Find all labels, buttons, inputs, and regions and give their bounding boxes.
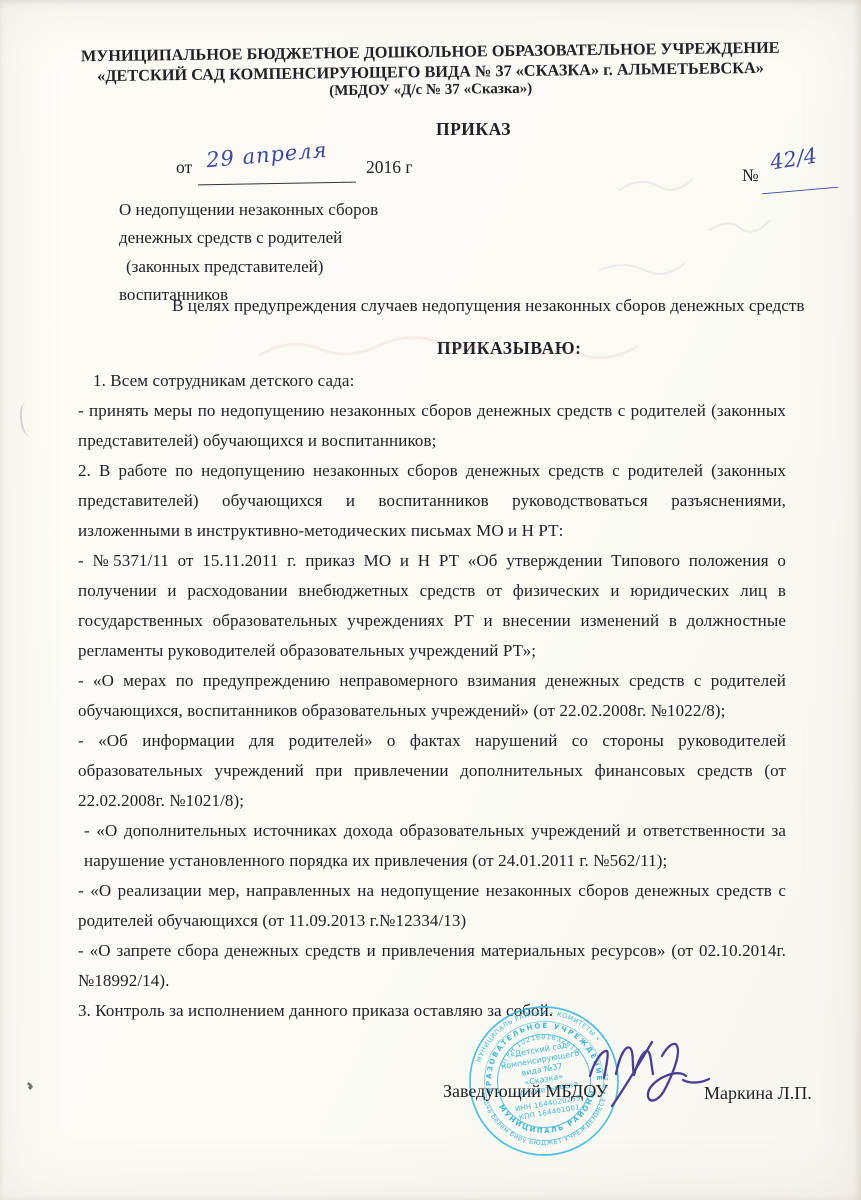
body-paragraph: 1. Всем сотрудникам детского сада:	[78, 366, 786, 396]
scan-smudge-left-margin	[18, 401, 37, 436]
handwritten-signature	[582, 1014, 722, 1129]
body-paragraph: - «Об информации для родителей» о фактах…	[78, 726, 786, 816]
body-paragraph: - №5371/11 от 15.11.2011 г. приказ МО и …	[78, 546, 786, 666]
org-header: МУНИЦИПАЛЬНОЕ БЮДЖЕТНОЕ ДОШКОЛЬНОЕ ОБРАЗ…	[0, 37, 861, 106]
order-number-label: №	[742, 165, 759, 186]
handwritten-date: 29 апреля	[205, 138, 328, 173]
subject-line: денежных средств с родителей	[119, 224, 378, 252]
preamble: В целях предупреждения случаев недопущен…	[78, 296, 798, 316]
doc-title: ПРИКАЗ	[436, 119, 511, 140]
subject-block: О недопущении незаконных сборов денежных…	[119, 196, 378, 310]
order-body: 1. Всем сотрудникам детского сада: - при…	[78, 366, 786, 1026]
body-paragraph: - «О реализации мер, направленных на нед…	[78, 876, 786, 936]
ink-speck	[27, 1082, 33, 1090]
number-underline	[762, 187, 838, 195]
body-paragraph: - «О запрете сбора денежных средств и пр…	[78, 936, 786, 996]
subject-line: О недопущении незаконных сборов	[119, 196, 378, 224]
body-paragraph: - принять меры по недопущению незаконных…	[78, 396, 786, 456]
resolution-word: ПРИКАЗЫВАЮ:	[437, 338, 582, 359]
subject-line: (законных представителей)	[119, 253, 378, 281]
body-paragraph: - «О мерах по предупреждению неправомерн…	[78, 666, 786, 726]
date-year: 2016 г	[366, 157, 413, 178]
handwritten-order-number: 42/4	[768, 143, 818, 174]
date-prefix: от	[176, 157, 192, 178]
body-paragraph: - «О дополнительных источниках дохода об…	[78, 816, 786, 876]
body-paragraph: 2. В работе по недопущению незаконных сб…	[78, 456, 786, 546]
date-underline	[198, 182, 356, 186]
scanned-order-page: МУНИЦИПАЛЬНОЕ БЮДЖЕТНОЕ ДОШКОЛЬНОЕ ОБРАЗ…	[0, 0, 861, 1200]
